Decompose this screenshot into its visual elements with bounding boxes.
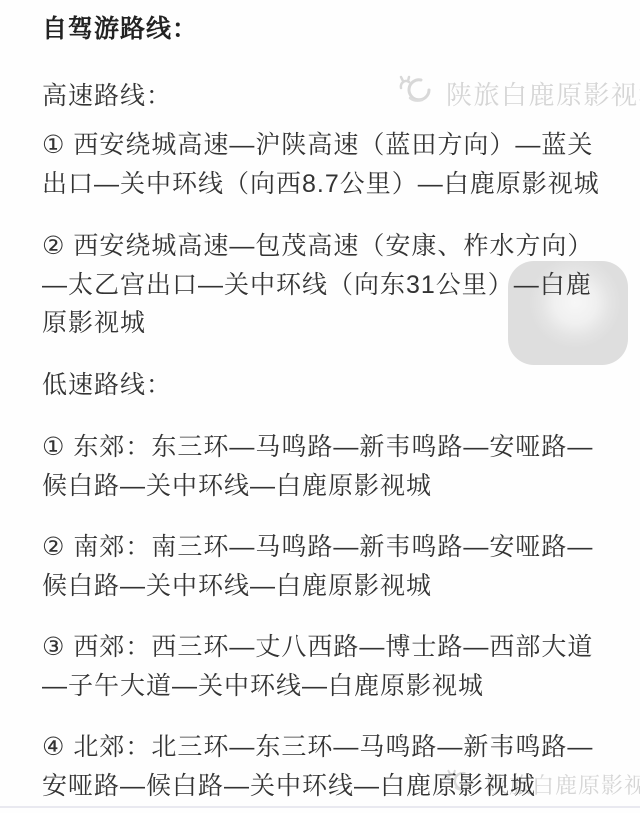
route-south: ② 南郊：南三环—马鸣路—新韦鸣路—安哑路— 候白路—关中环线—白鹿原影视城 (42, 528, 593, 605)
route-line: ④ 北郊：北三环—东三环—马鸣路—新韦鸣路— (42, 728, 593, 767)
watermark-top: 陕旅白鹿原影视城 (398, 74, 640, 113)
route-line: ② 西安绕城高速—包茂高速（安康、柞水方向） (42, 227, 593, 266)
section-label-highway: 高速路线： (42, 77, 172, 115)
route-line: 安哑路—候白路—关中环线—白鹿原影视城 (42, 767, 593, 806)
route-line: ① 东郊：东三环—马鸣路—新韦鸣路—安哑路— (42, 428, 593, 467)
route-west: ③ 西郊：西三环—丈八西路—博士路—西部大道 —子午大道—关中环线—白鹿原影视城 (42, 628, 593, 705)
route-line: 候白路—关中环线—白鹿原影视城 (42, 567, 593, 606)
bottom-divider (0, 806, 640, 808)
route-line: ② 南郊：南三环—马鸣路—新韦鸣路—安哑路— (42, 528, 593, 567)
route-line: —子午大道—关中环线—白鹿原影视城 (42, 667, 593, 706)
route-line: 出口—关中环线（向西8.7公里）—白鹿原影视城 (42, 165, 600, 204)
route-line: ① 西安绕城高速—沪陕高速（蓝田方向）—蓝关 (42, 126, 600, 165)
brand-logo-icon (398, 74, 438, 113)
route-highway-1: ① 西安绕城高速—沪陕高速（蓝田方向）—蓝关 出口—关中环线（向西8.7公里）—… (42, 126, 600, 203)
section-label-lowspeed: 低速路线： (42, 366, 172, 404)
article-page: 陕旅白鹿原影视城 陕旅白鹿原影视城 自驾游路线： 高速路线： ① 西安绕城高速—… (0, 0, 640, 813)
route-line: 原影视城 (42, 304, 593, 343)
route-north: ④ 北郊：北三环—东三环—马鸣路—新韦鸣路— 安哑路—候白路—关中环线—白鹿原影… (42, 728, 593, 805)
route-line: —太乙宫出口—关中环线（向东31公里）—白鹿 (42, 266, 593, 305)
watermark-text: 陕旅白鹿原影视城 (446, 75, 640, 112)
route-line: 候白路—关中环线—白鹿原影视城 (42, 467, 593, 506)
page-title: 自驾游路线： (42, 10, 198, 48)
route-highway-2: ② 西安绕城高速—包茂高速（安康、柞水方向） —太乙宫出口—关中环线（向东31公… (42, 227, 593, 343)
route-line: ③ 西郊：西三环—丈八西路—博士路—西部大道 (42, 628, 593, 667)
route-east: ① 东郊：东三环—马鸣路—新韦鸣路—安哑路— 候白路—关中环线—白鹿原影视城 (42, 428, 593, 505)
